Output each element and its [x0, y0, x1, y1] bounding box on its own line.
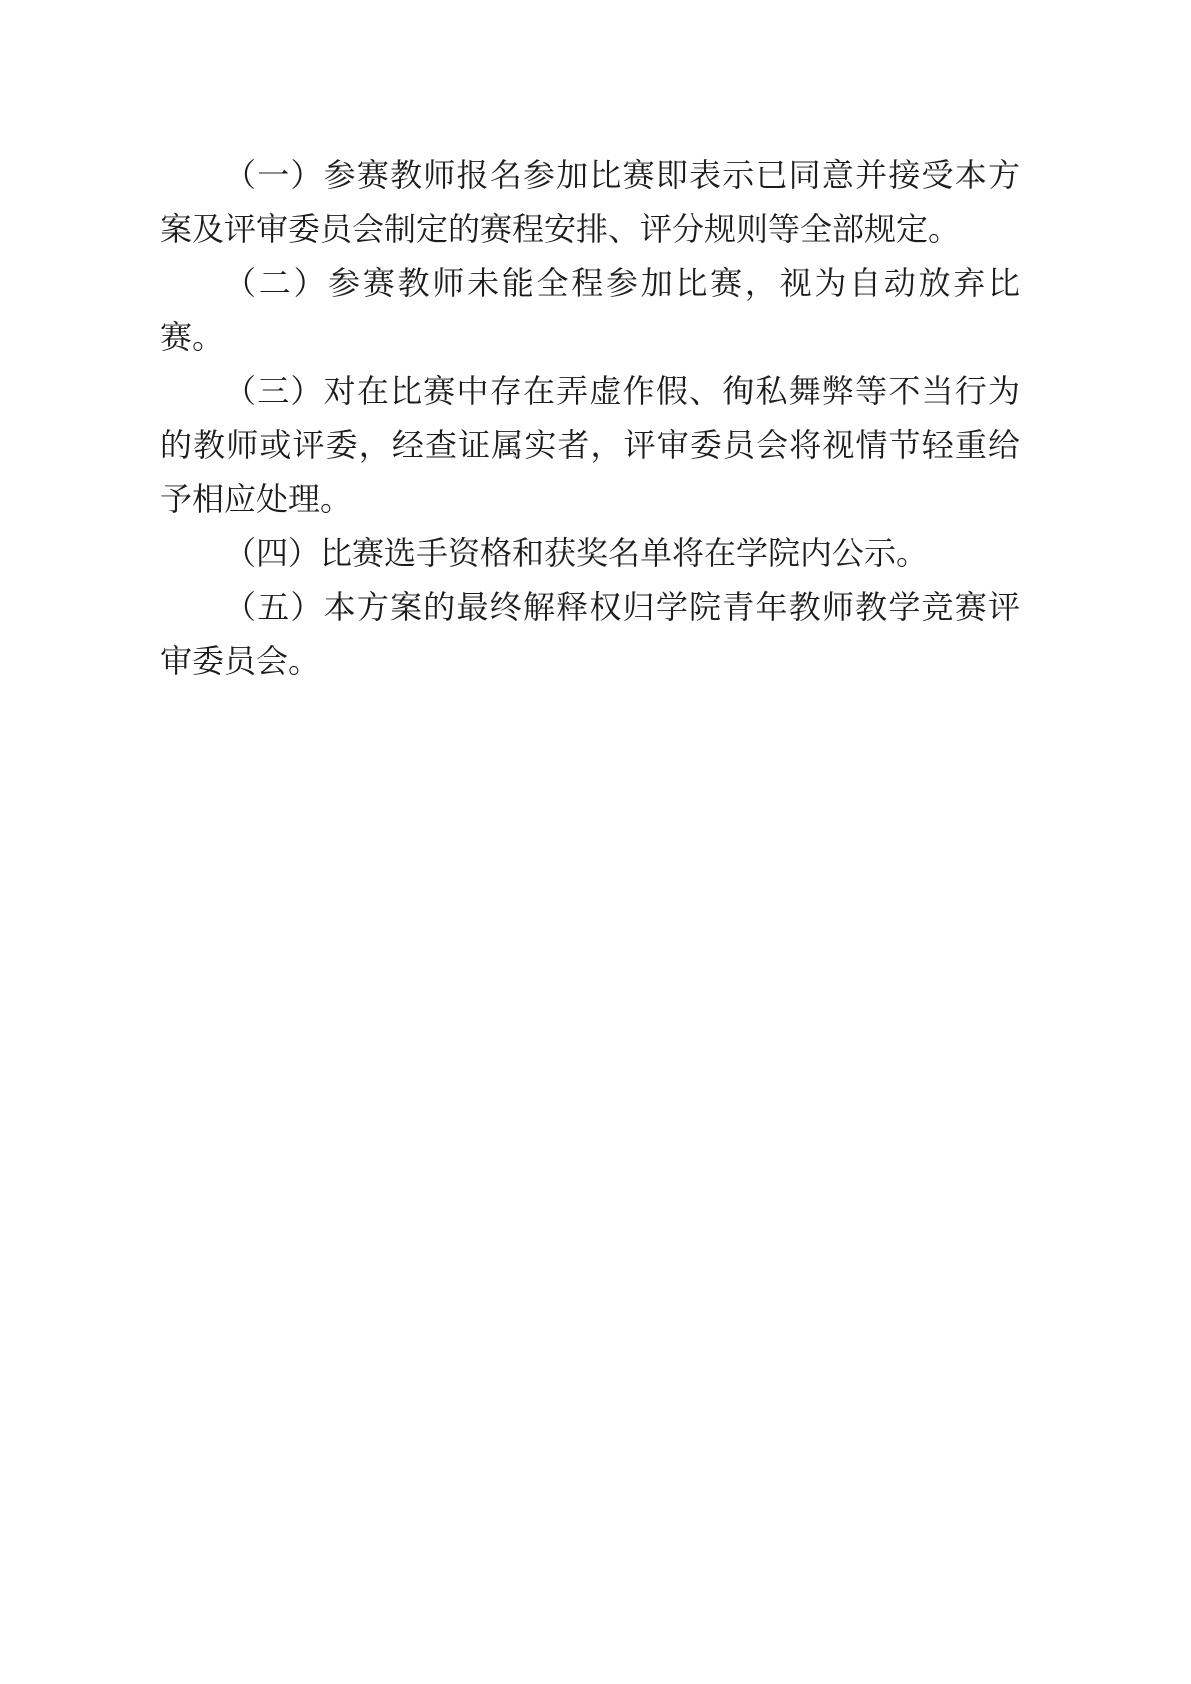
document-page: （一）参赛教师报名参加比赛即表示已同意并接受本方案及评审委员会制定的赛程安排、评…	[0, 0, 1191, 1684]
paragraph-item-2: （二）参赛教师未能全程参加比赛，视为自动放弃比赛。	[160, 256, 1020, 364]
paragraph-item-1: （一）参赛教师报名参加比赛即表示已同意并接受本方案及评审委员会制定的赛程安排、评…	[160, 148, 1020, 256]
paragraph-item-5: （五）本方案的最终解释权归学院青年教师教学竞赛评审委员会。	[160, 580, 1020, 688]
paragraph-item-4: （四）比赛选手资格和获奖名单将在学院内公示。	[160, 526, 1020, 580]
paragraph-item-3: （三）对在比赛中存在弄虚作假、徇私舞弊等不当行为的教师或评委，经查证属实者，评审…	[160, 364, 1020, 526]
document-body-text: （一）参赛教师报名参加比赛即表示已同意并接受本方案及评审委员会制定的赛程安排、评…	[160, 148, 1020, 688]
